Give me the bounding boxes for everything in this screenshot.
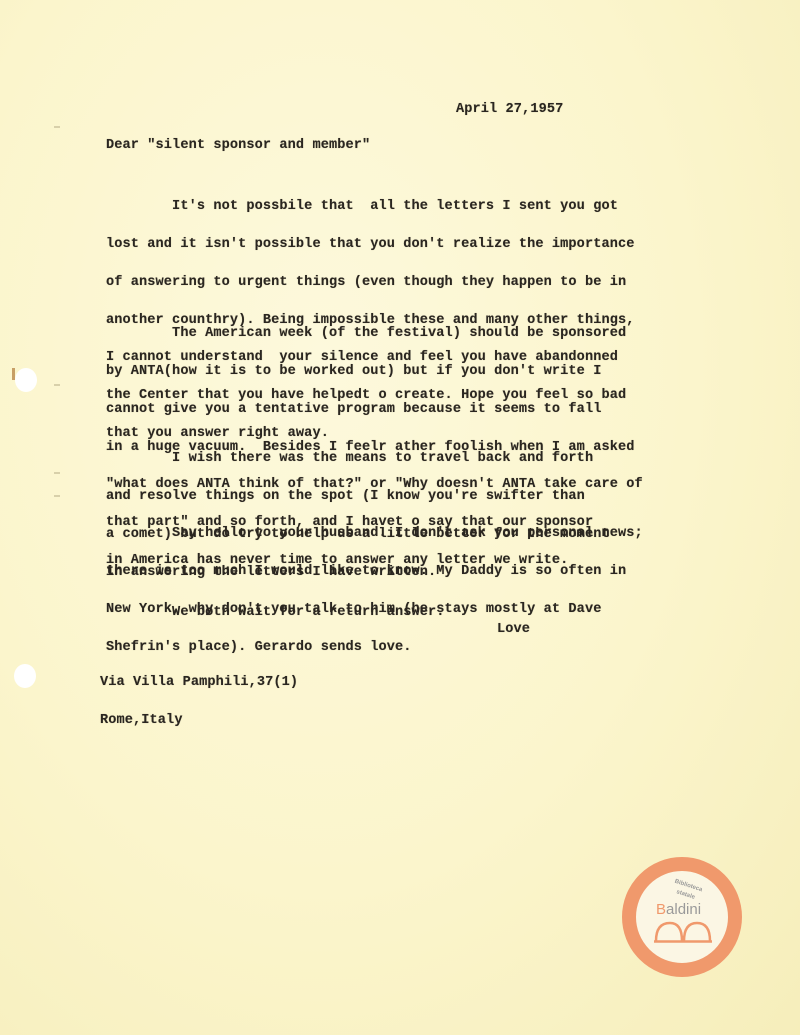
text-line: and resolve things on the spot (I know y… (106, 491, 610, 504)
return-address: Via Villa Pamphili,37(1) Rome,Italy (100, 652, 298, 753)
text-line: Say hello to your husband. I don't ask y… (106, 528, 643, 541)
punch-hole-top (15, 368, 37, 392)
text-line: The American week (of the festival) shou… (106, 328, 643, 341)
open-book-icon (654, 921, 712, 943)
margin-tick (54, 126, 60, 128)
margin-tick (54, 472, 60, 474)
text-line: there is too much I would like to know. … (106, 566, 643, 579)
stamp-name: Baldini (656, 901, 701, 918)
library-stamp: Biblioteca statale Baldini (622, 857, 742, 977)
text-line: of answering to urgent things (even thou… (106, 277, 634, 290)
letter-date: April 27,1957 (456, 104, 563, 117)
punch-hole-bottom (14, 664, 36, 688)
text-line: cannot give you a tentative program beca… (106, 404, 643, 417)
text-line: lost and it isn't possible that you don'… (106, 239, 634, 252)
margin-tick (54, 384, 60, 386)
margin-tick (54, 495, 60, 497)
letter-closing: Love (497, 624, 530, 637)
text-line: I wish there was the means to travel bac… (106, 453, 610, 466)
text-line: It's not possbile that all the letters I… (106, 201, 634, 214)
letter-salutation: Dear "silent sponsor and member" (106, 140, 370, 153)
text-line: by ANTA(how it is to be worked out) but … (106, 366, 643, 379)
address-line: Rome,Italy (100, 715, 298, 728)
rust-mark (12, 368, 15, 380)
text-line: We both wait for a return answer. (106, 607, 445, 620)
stamp-name-rest: aldini (666, 901, 701, 918)
stamp-name-initial: B (656, 901, 666, 918)
letter-page: April 27,1957 Dear "silent sponsor and m… (0, 0, 800, 1035)
letter-paragraph-5: We both wait for a return answer. (106, 582, 445, 645)
address-line: Via Villa Pamphili,37(1) (100, 677, 298, 690)
